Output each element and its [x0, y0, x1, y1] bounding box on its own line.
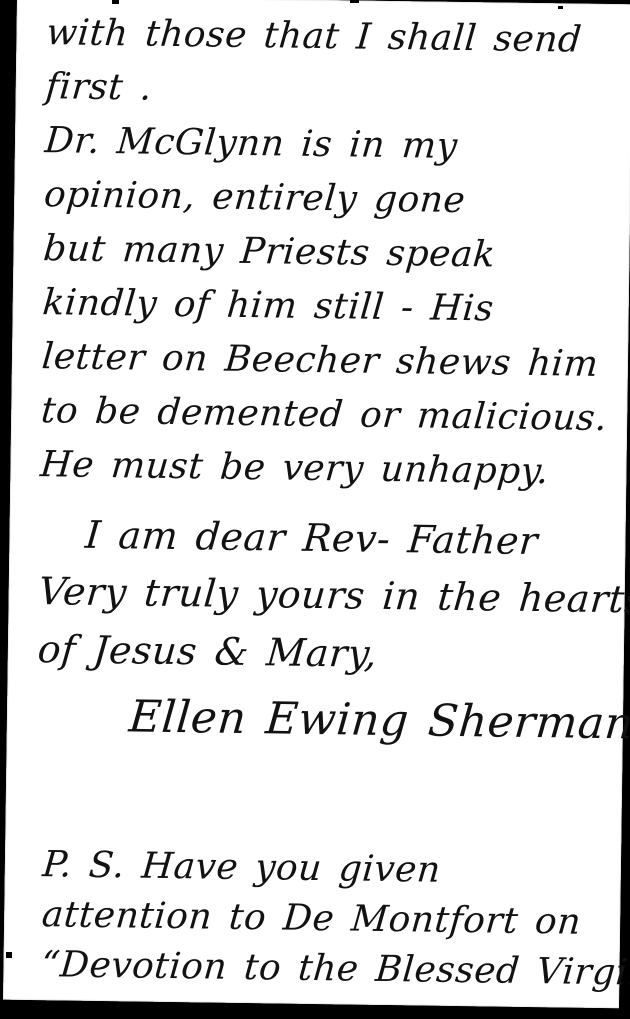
- scan-speck: [0, 560, 4, 565]
- letter-line: “Devotion to the Blessed Virgin”?: [31, 940, 623, 998]
- letter-line: I am dear Rev- Father: [37, 506, 630, 570]
- scan-speck: [0, 184, 14, 191]
- scan-speck: [112, 0, 119, 4]
- letter-line: with those that I shall send: [44, 6, 630, 68]
- scan-speck: [350, 0, 359, 3]
- scan-speck: [6, 952, 12, 958]
- letter-line: Ellen Ewing Sherman: [35, 684, 628, 756]
- letter-line: P. S. Have you given: [33, 840, 625, 898]
- letter-line: to be demented or malicious.: [39, 384, 630, 446]
- letter-line: Very truly yours in the hearts: [36, 562, 629, 628]
- letter-line: but many Priests speak: [41, 222, 630, 284]
- scan-speck: [2, 192, 8, 196]
- letter-line: of Jesus & Mary,: [36, 620, 629, 686]
- letter-text: with those that I shall sendfirst .Dr. M…: [31, 6, 630, 998]
- scan-speck: [558, 6, 563, 9]
- letter-line: letter on Beecher shews him: [40, 330, 630, 392]
- letter-page: with those that I shall sendfirst .Dr. M…: [3, 0, 630, 1008]
- letter-line: opinion, entirely gone: [42, 168, 630, 230]
- scan-background: with those that I shall sendfirst .Dr. M…: [0, 0, 630, 1019]
- letter-line: attention to De Montfort on: [32, 890, 624, 948]
- letter-line: first .: [43, 60, 630, 122]
- letter-line: He must be very unhappy.: [38, 438, 630, 500]
- letter-line: Dr. McGlynn is in my: [43, 114, 630, 176]
- letter-line: kindly of him still - His: [40, 276, 630, 338]
